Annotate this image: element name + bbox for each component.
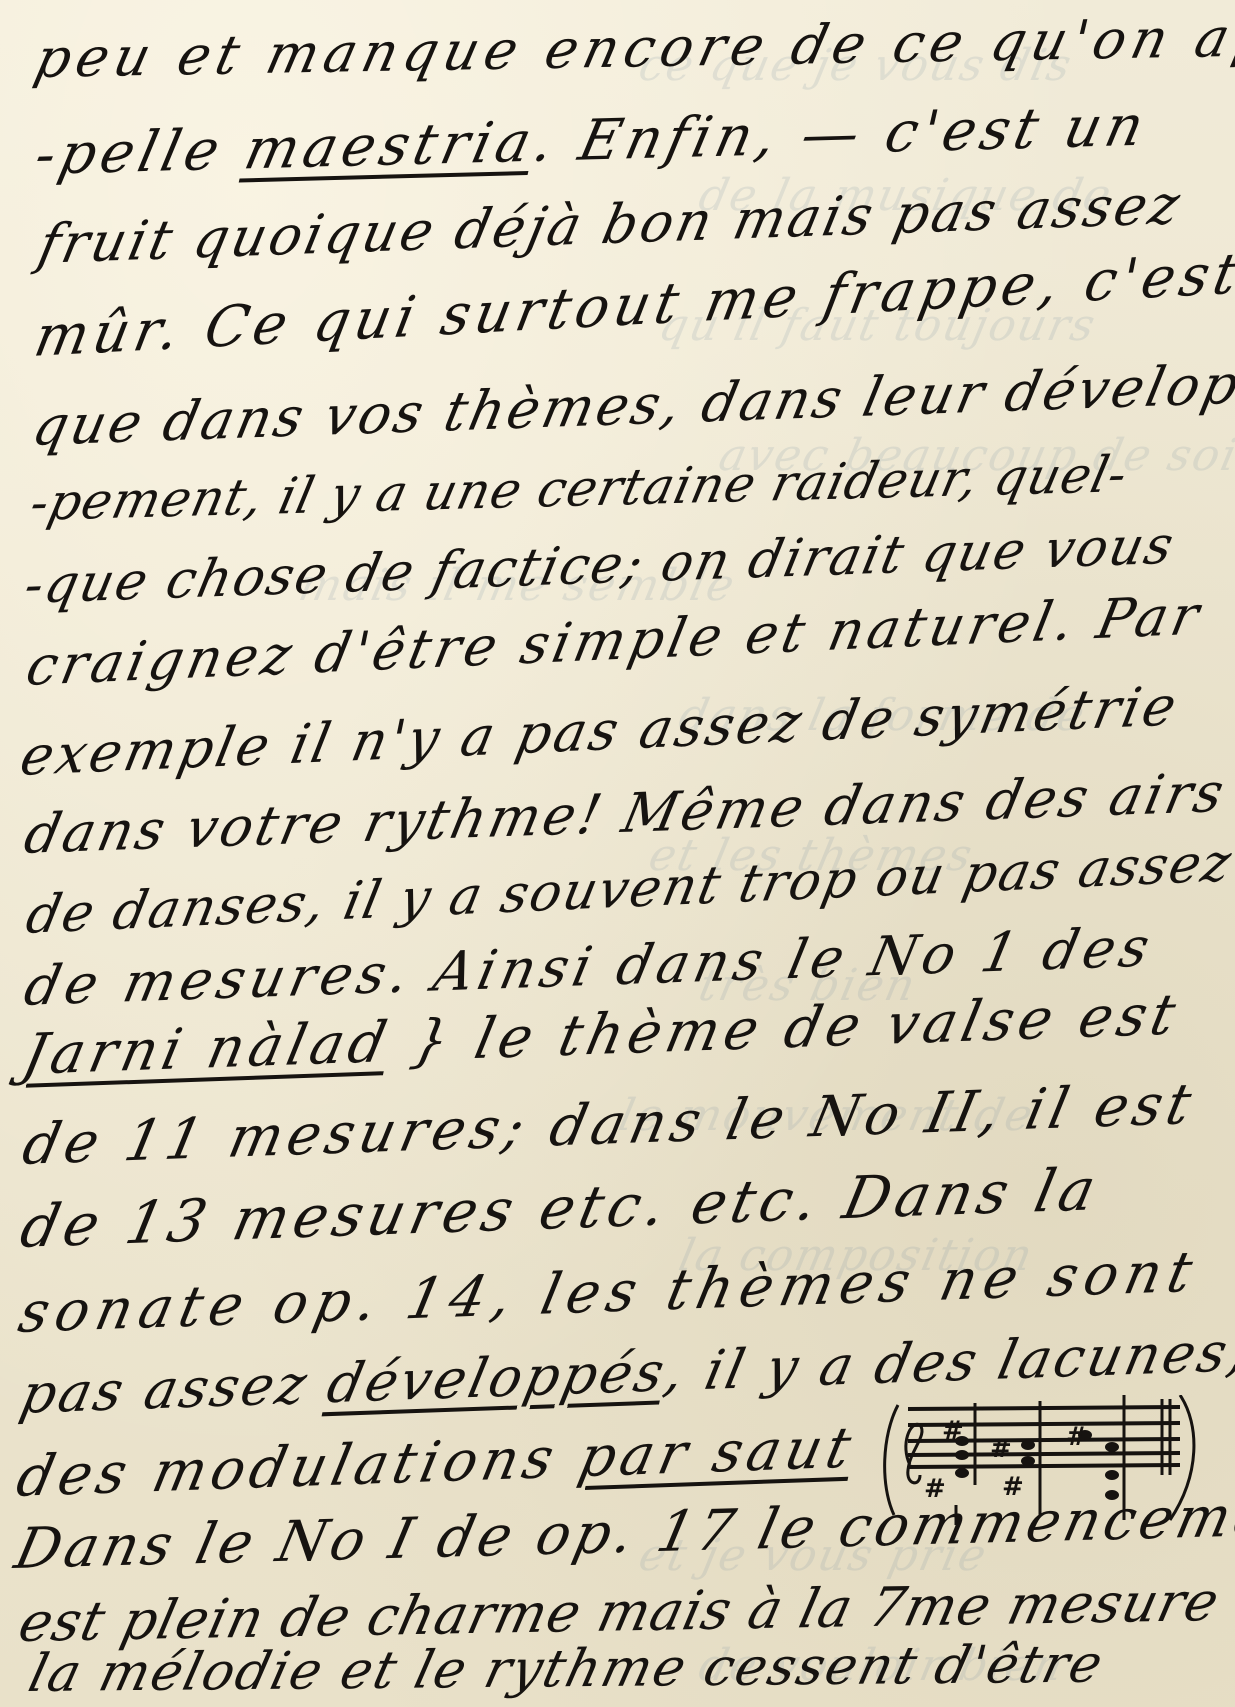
manuscript-line-21: la mélodie et le rythme cessent d'être (24, 1639, 1109, 1700)
svg-text:#: # (1066, 1422, 1088, 1452)
manuscript-line-6: -pement, il y a une certaine raideur, qu… (26, 449, 1132, 528)
manuscript-page: ce que je vous dis de la musique de qu'i… (0, 0, 1235, 1707)
svg-text:#: # (990, 1434, 1012, 1464)
line-text: , il y a des lacunes, (659, 1320, 1235, 1404)
line-text: des modulations (11, 1425, 587, 1510)
line-text: -pelle (29, 117, 253, 188)
manuscript-line-1: peu et manque encore de ce qu'on ap- (30, 10, 1235, 86)
manuscript-line-5: que dans vos thèmes, dans leur dévelop- (28, 357, 1235, 454)
underlined-word-par-saut: par saut (573, 1415, 861, 1490)
manuscript-line-15: de 13 mesures etc. etc. Dans la (16, 1160, 1105, 1256)
underlined-title-jarni-nalad: Jarni nàlad (17, 1010, 397, 1088)
underlined-word-developpes: développés (322, 1340, 673, 1415)
manuscript-line-2: -pelle maestria. Enfin, — c'est un (30, 99, 1153, 184)
line-text: pas assez (15, 1352, 335, 1426)
underlined-word-maestria: maestria (239, 110, 542, 183)
svg-text:#: # (942, 1416, 964, 1446)
line-text: . Enfin, — c'est un (528, 94, 1155, 175)
manuscript-line-18: des modulations par saut (12, 1420, 860, 1506)
